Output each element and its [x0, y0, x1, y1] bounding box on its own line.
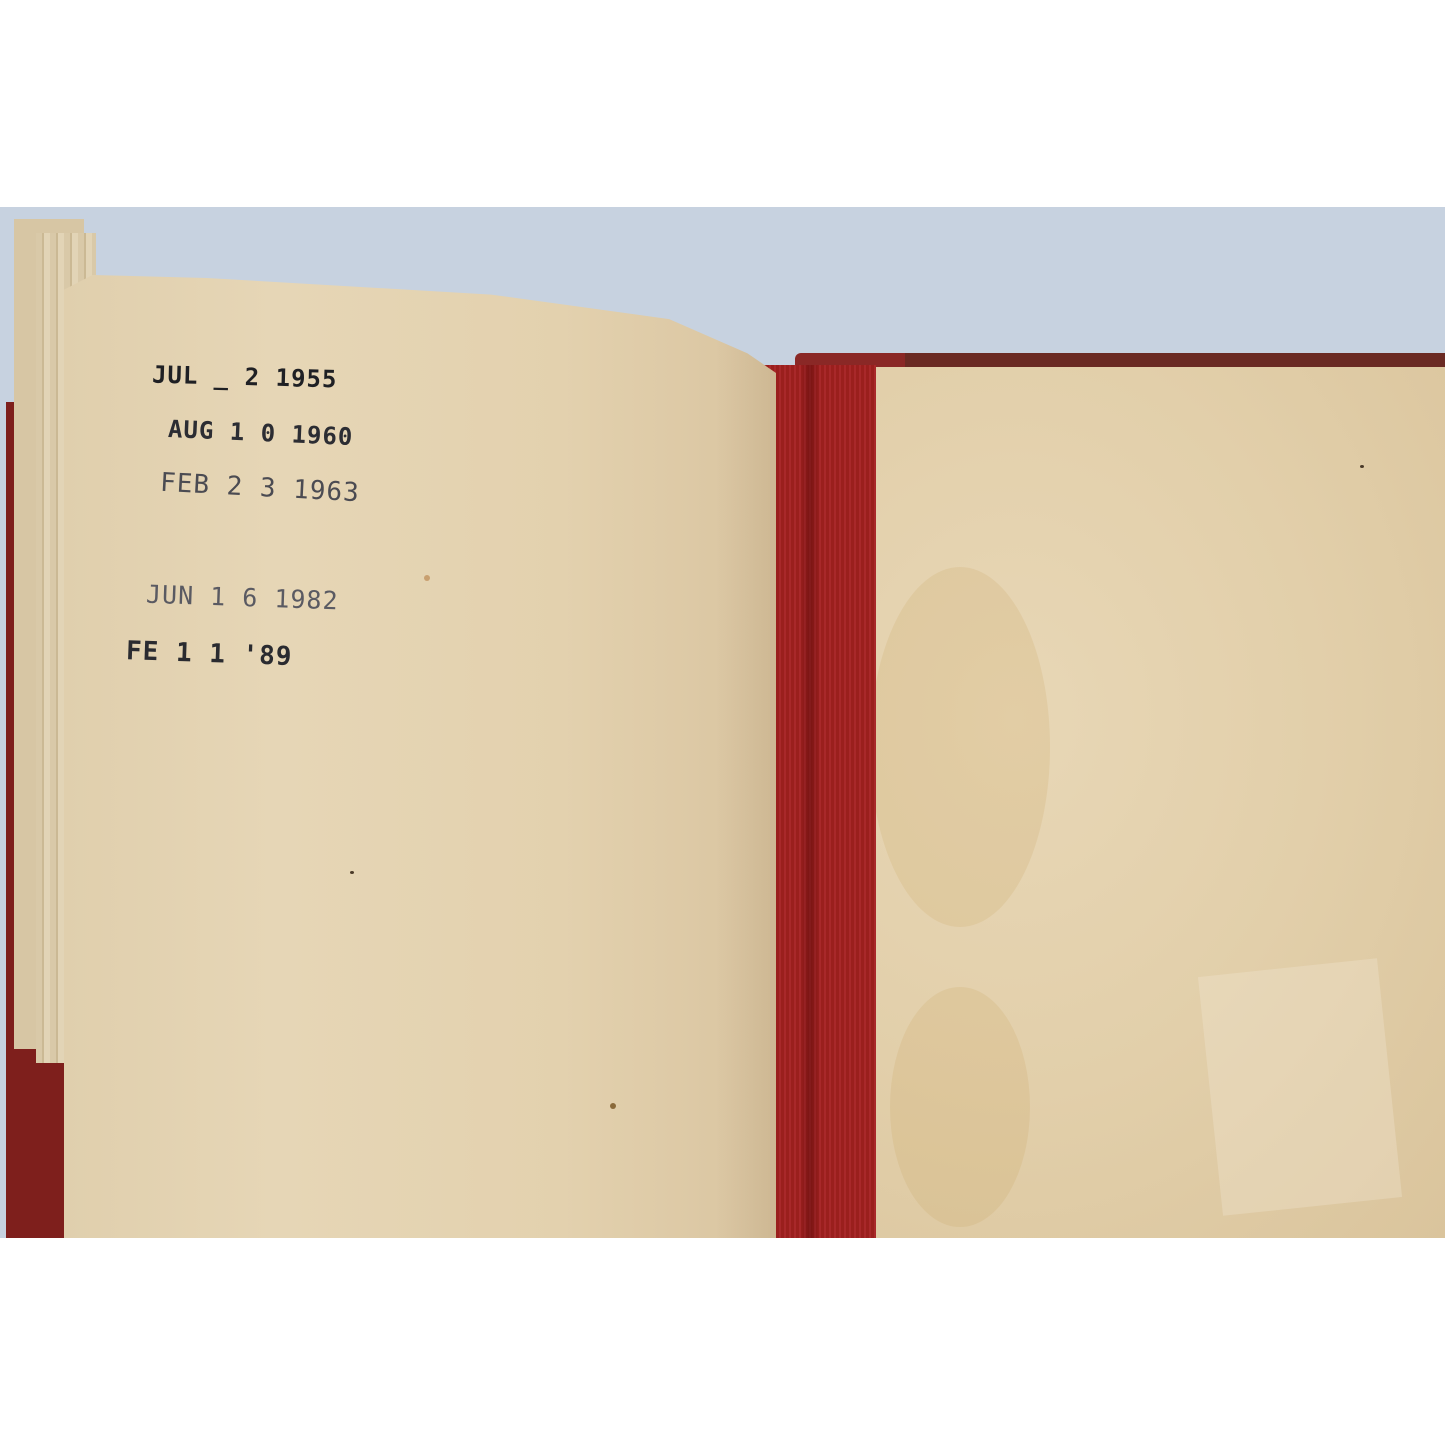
speck [424, 575, 430, 581]
tape-residue [1198, 958, 1402, 1216]
foxing-stain [890, 987, 1030, 1227]
date-stamp: JUL _ 2 1955 [152, 361, 338, 394]
hinge-shadow [800, 365, 820, 1238]
speck [610, 1103, 616, 1109]
page-gutter-shadow [716, 275, 776, 1238]
book-photo: JUL _ 2 1955 AUG 1 0 1960 FEB 2 3 1963 J… [0, 207, 1445, 1238]
pastedown-endpaper [830, 367, 1445, 1238]
foxing-stain [870, 567, 1050, 927]
speck [1360, 465, 1364, 468]
speck [350, 871, 354, 874]
date-stamp: FE 1 1 '89 [126, 636, 293, 672]
